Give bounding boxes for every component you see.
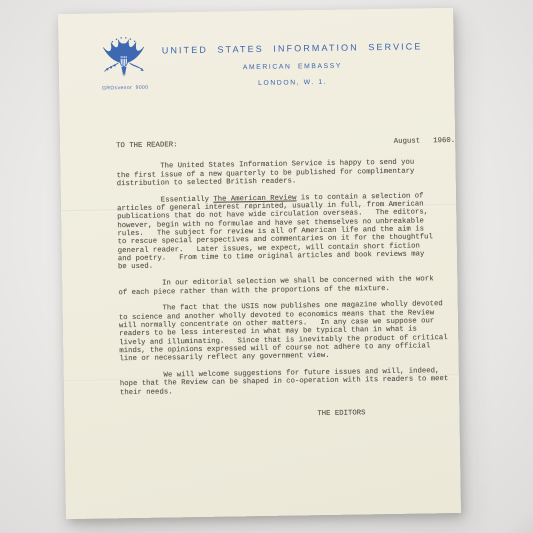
letter-date: August 1960.	[394, 137, 455, 146]
letter-paragraphs: The United States Information Service is…	[116, 158, 459, 397]
letter-paragraph: Essentially The American Review is to co…	[117, 192, 457, 272]
letterhead-embassy: AMERICAN EMBASSY	[155, 61, 430, 72]
letter-body: TO THE READER: August 1960. The United S…	[116, 137, 459, 422]
letter-paper: GROsvenor 9000 UNITED STATES INFORMATION…	[58, 8, 461, 519]
underlined-publication-title: The American Review	[213, 194, 296, 203]
letterhead-city: LONDON, W. 1.	[155, 77, 430, 88]
salutation: TO THE READER:	[116, 141, 177, 150]
photo-backdrop: GROsvenor 9000 UNITED STATES INFORMATION…	[0, 0, 533, 533]
letter-paragraph: We will welcome suggestions for future i…	[120, 367, 459, 397]
great-seal-eagle-icon	[94, 35, 153, 86]
signature: THE EDITORS	[120, 408, 459, 422]
salutation-row: TO THE READER: August 1960.	[116, 137, 455, 151]
letter-paragraph: The fact that the USIS now publishes one…	[119, 300, 459, 364]
letter-paragraph: In our editorial selection we shall be c…	[118, 275, 457, 297]
letterhead-agency: UNITED STATES INFORMATION SERVICE	[155, 41, 430, 55]
letterhead: UNITED STATES INFORMATION SERVICE AMERIC…	[155, 41, 431, 88]
letter-paragraph: The United States Information Service is…	[116, 158, 455, 188]
